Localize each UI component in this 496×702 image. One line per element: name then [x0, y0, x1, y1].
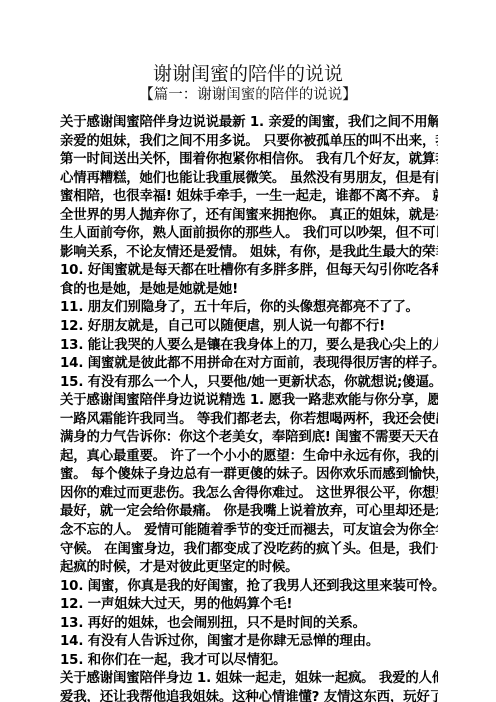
- text-line: 全世界的男人抛弃你了，还有闺蜜来拥抱你。 真正的姐妹，就是在: [60, 207, 438, 226]
- text-line: 10. 闺蜜，你真是我的好闺蜜，抢了我男人还到我这里来装可怜。: [60, 578, 438, 597]
- text-line: 11. 朋友们别隐身了，五十年后，你的头像想亮都亮不了了。: [60, 299, 438, 318]
- text-line: 13. 能让我哭的人要么是镶在我身体上的刀，要么是我心尖上的人。: [60, 337, 438, 356]
- text-line: 第一时间送出关怀，围着你抱紧你相信你。 我有几个好友，就算我: [60, 151, 438, 170]
- page-title: 谢谢闺蜜的陪伴的说说: [0, 63, 496, 85]
- text-line: 影响关系，不论友情还是爱情。 姐妹，有你，是我此生最大的荣幸!: [60, 244, 438, 263]
- text-line: 食的也是她，是她是她就是她!: [60, 281, 438, 300]
- text-line: 守候。 在闺蜜身边，我们都变成了没吃药的疯丫头。但是，我们一: [60, 541, 438, 560]
- text-line: 一路风霜能许我同当。 等我们都老去，你若想喝两杯，我还会使出: [60, 411, 438, 430]
- text-line: 爱我，还让我帮他追我姐妹。这种心情谁懂? 友情这东西，玩好了就: [60, 689, 438, 702]
- text-line: 12. 好朋友就是，自己可以随便虐，别人说一句都不行!: [60, 318, 438, 337]
- section-heading: 【篇一：谢谢闺蜜的陪伴的说说】: [0, 86, 496, 104]
- text-line: 亲爱的姐妹，我们之间不用多说。 只要你被孤单压的叫不出来，我: [60, 133, 438, 152]
- text-line: 因你的难过而更悲伤。我怎么舍得你难过。 这世界很公平，你想要: [60, 485, 438, 504]
- text-line: 15. 和你们在一起，我才可以尽情犯。: [60, 652, 438, 671]
- text-line: 14. 有没有人告诉过你，闺蜜才是你肆无忌惮的理由。: [60, 633, 438, 652]
- text-line: 关于感谢闺蜜陪伴身边说说最新 1. 亲爱的闺蜜，我们之间不用解释;: [60, 114, 438, 133]
- text-line: 蜜。 每个傻妹子身边总有一群更傻的妹子。因你欢乐而感到愉快，: [60, 466, 438, 485]
- text-line: 起疯的时候，才是对彼此更坚定的时候。: [60, 559, 438, 578]
- text-line: 14. 闺蜜就是彼此都不用拼命在对方面前，表现得很厉害的样子。: [60, 355, 438, 374]
- text-line: 关于感谢闺蜜陪伴身边说说精选 1. 愿我一路悲欢能与你分享，愿你: [60, 392, 438, 411]
- text-line: 满身的力气告诉你：你这个老美女，奉陪到底! 闺蜜不需要天天在一: [60, 429, 438, 448]
- text-line: 心情再糟糕，她们也能让我重展微笑。 虽然没有男朋友，但是有闺: [60, 170, 438, 189]
- text-line: 10. 好闺蜜就是每天都在吐槽你有多胖多胖，但每天勾引你吃各种美: [60, 262, 438, 281]
- text-line: 念不忘的人。 爱情可能随着季节的变迁而褪去，可友谊会为你全年: [60, 522, 438, 541]
- text-line: 生人面前夸你，熟人面前损你的那些人。 我们可以吵架，但不可以: [60, 225, 438, 244]
- text-line: 12. 一声姐妹大过天，男的他妈算个毛!: [60, 596, 438, 615]
- text-line: 关于感谢闺蜜陪伴身边 1. 姐妹一起走，姐妹一起疯。 我爱的人他不: [60, 670, 438, 689]
- text-line: 13. 再好的姐妹，也会闹别扭，只不是时间的关系。: [60, 615, 438, 634]
- text-line: 最好，就一定会给你最痛。 你是我嘴上说着放弃，可心里却还是念: [60, 503, 438, 522]
- body-text: 关于感谢闺蜜陪伴身边说说最新 1. 亲爱的闺蜜，我们之间不用解释; 亲爱的姐妹，…: [60, 114, 438, 702]
- text-line: 起，真心最重要。 许了一个小小的愿望：生命中永远有你，我的闺: [60, 448, 438, 467]
- text-line: 蜜相陪，也很幸福! 姐妹手牵手，一生一起走，谁都不离不弃。 就算: [60, 188, 438, 207]
- text-line: 15. 有没有那么一个人，只要他/她一更新状态，你就想说;傻逼。: [60, 374, 438, 393]
